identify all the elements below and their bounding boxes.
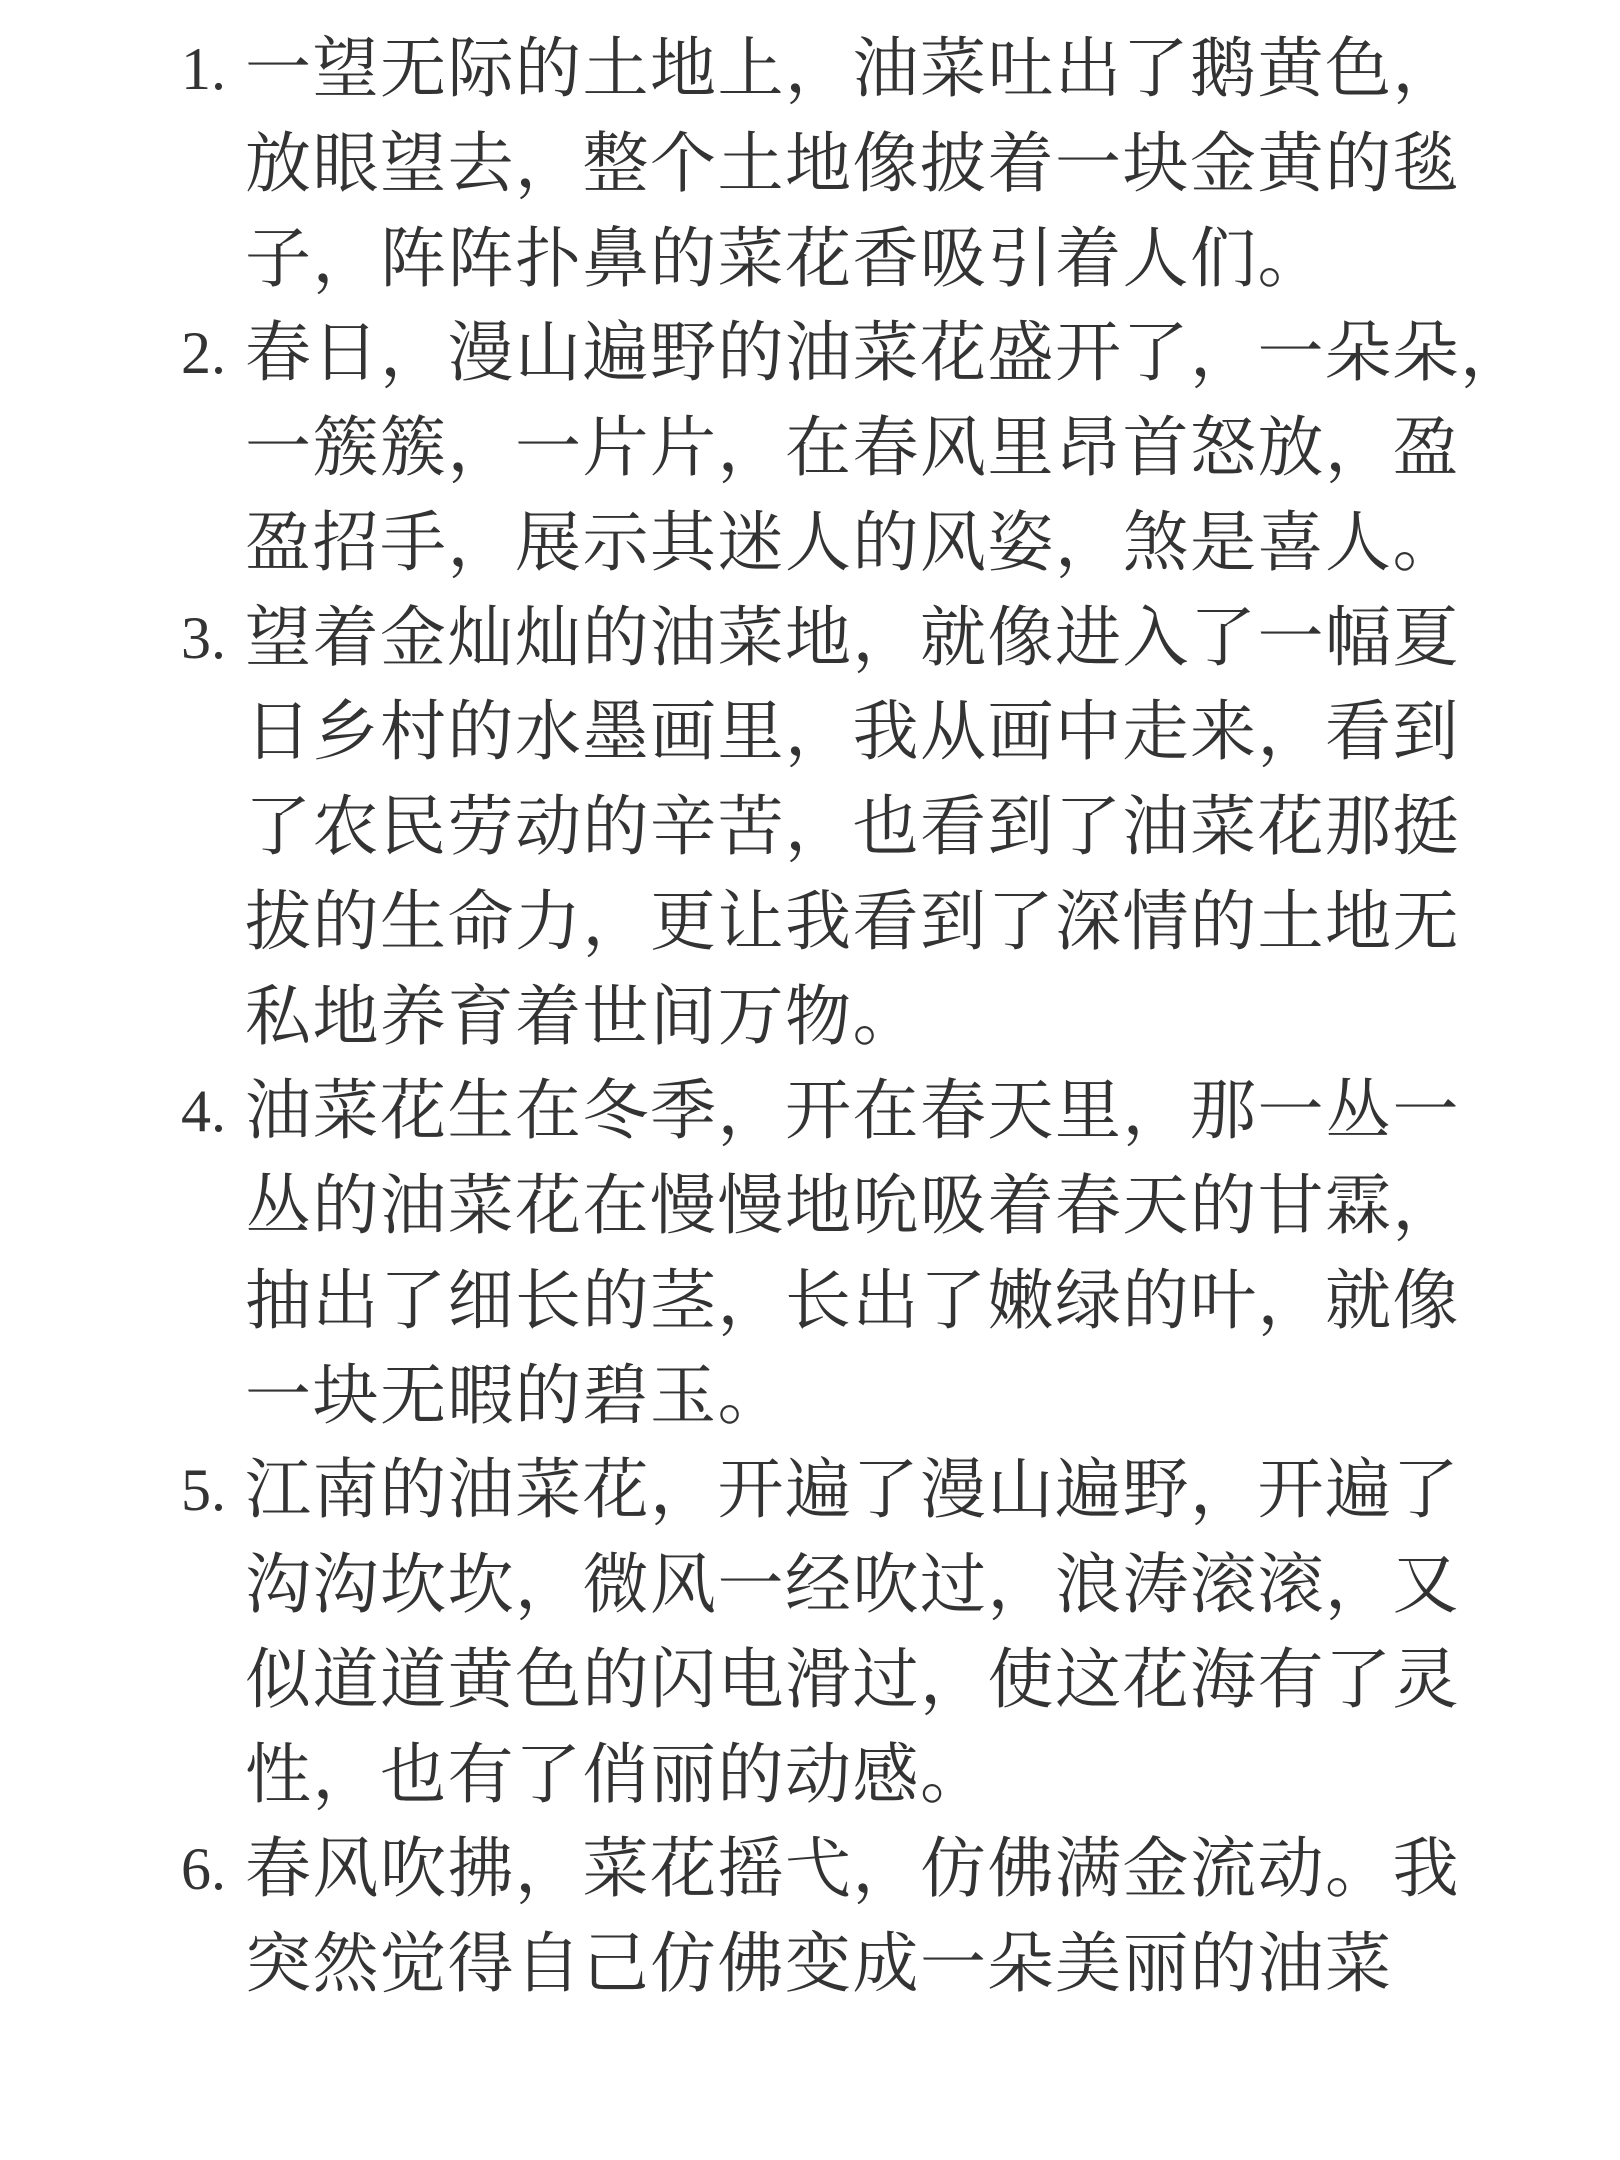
item-text: 望着金灿灿的油菜地，就像进入了一幅夏 日乡村的水墨画里，我从画中走来，看到 了农… [245, 591, 1505, 1065]
item-number: 2. [150, 306, 226, 401]
item-text: 一望无际的土地上，油菜吐出了鹅黄色， 放眼望去，整个土地像披着一块金黄的毯 子，… [245, 22, 1505, 306]
text-line: 子，阵阵扑鼻的菜花香吸引着人们。 [245, 212, 1505, 307]
text-line: 油菜花生在冬季，开在春天里，那一丛一 [245, 1064, 1505, 1159]
text-line: 日乡村的水墨画里，我从画中走来，看到 [245, 685, 1505, 780]
text-line: 了农民劳动的辛苦，也看到了油菜花那挺 [245, 780, 1505, 875]
text-line: 春日，漫山遍野的油菜花盛开了，一朵朵， [245, 306, 1505, 401]
text-line: 私地养育着世间万物。 [245, 970, 1505, 1065]
text-line: 拔的生命力，更让我看到了深情的土地无 [245, 875, 1505, 970]
text-line: 一块无暇的碧玉。 [245, 1349, 1505, 1444]
item-number: 6. [150, 1822, 226, 1917]
item-text: 江南的油菜花，开遍了漫山遍野，开遍了 沟沟坎坎，微风一经吹过，浪涛滚滚，又 似道… [245, 1443, 1505, 1822]
text-line: 春风吹拂，菜花摇弋，仿佛满金流动。我 [245, 1822, 1505, 1917]
list-item-1: 1. 一望无际的土地上，油菜吐出了鹅黄色， 放眼望去，整个土地像披着一块金黄的毯… [0, 22, 1620, 306]
item-number: 5. [150, 1443, 226, 1538]
list-item-5: 5. 江南的油菜花，开遍了漫山遍野，开遍了 沟沟坎坎，微风一经吹过，浪涛滚滚，又… [0, 1443, 1620, 1822]
text-line: 放眼望去，整个土地像披着一块金黄的毯 [245, 117, 1505, 212]
text-line: 沟沟坎坎，微风一经吹过，浪涛滚滚，又 [245, 1538, 1505, 1633]
text-line: 一簇簇，一片片，在春风里昂首怒放，盈 [245, 401, 1505, 496]
item-text: 油菜花生在冬季，开在春天里，那一丛一 丛的油菜花在慢慢地吮吸着春天的甘霖， 抽出… [245, 1064, 1505, 1443]
item-text: 春日，漫山遍野的油菜花盛开了，一朵朵， 一簇簇，一片片，在春风里昂首怒放，盈 盈… [245, 306, 1505, 590]
text-line: 江南的油菜花，开遍了漫山遍野，开遍了 [245, 1443, 1505, 1538]
text-line: 丛的油菜花在慢慢地吮吸着春天的甘霖， [245, 1159, 1505, 1254]
numbered-list-document: 1. 一望无际的土地上，油菜吐出了鹅黄色， 放眼望去，整个土地像披着一块金黄的毯… [0, 22, 1620, 2012]
text-line: 突然觉得自己仿佛变成一朵美丽的油菜 [245, 1917, 1505, 2012]
text-line: 望着金灿灿的油菜地，就像进入了一幅夏 [245, 591, 1505, 686]
list-item-2: 2. 春日，漫山遍野的油菜花盛开了，一朵朵， 一簇簇，一片片，在春风里昂首怒放，… [0, 306, 1620, 590]
item-text: 春风吹拂，菜花摇弋，仿佛满金流动。我 突然觉得自己仿佛变成一朵美丽的油菜 [245, 1822, 1505, 2012]
item-number: 1. [150, 22, 226, 117]
list-item-6: 6. 春风吹拂，菜花摇弋，仿佛满金流动。我 突然觉得自己仿佛变成一朵美丽的油菜 [0, 1822, 1620, 2012]
list-item-3: 3. 望着金灿灿的油菜地，就像进入了一幅夏 日乡村的水墨画里，我从画中走来，看到… [0, 591, 1620, 1065]
item-number: 4. [150, 1064, 226, 1159]
text-line: 抽出了细长的茎，长出了嫩绿的叶，就像 [245, 1254, 1505, 1349]
text-line: 盈招手，展示其迷人的风姿，煞是喜人。 [245, 496, 1505, 591]
text-line: 性，也有了俏丽的动感。 [245, 1728, 1505, 1823]
item-number: 3. [150, 591, 226, 686]
text-line: 似道道黄色的闪电滑过，使这花海有了灵 [245, 1633, 1505, 1728]
list-item-4: 4. 油菜花生在冬季，开在春天里，那一丛一 丛的油菜花在慢慢地吮吸着春天的甘霖，… [0, 1064, 1620, 1443]
text-line: 一望无际的土地上，油菜吐出了鹅黄色， [245, 22, 1505, 117]
